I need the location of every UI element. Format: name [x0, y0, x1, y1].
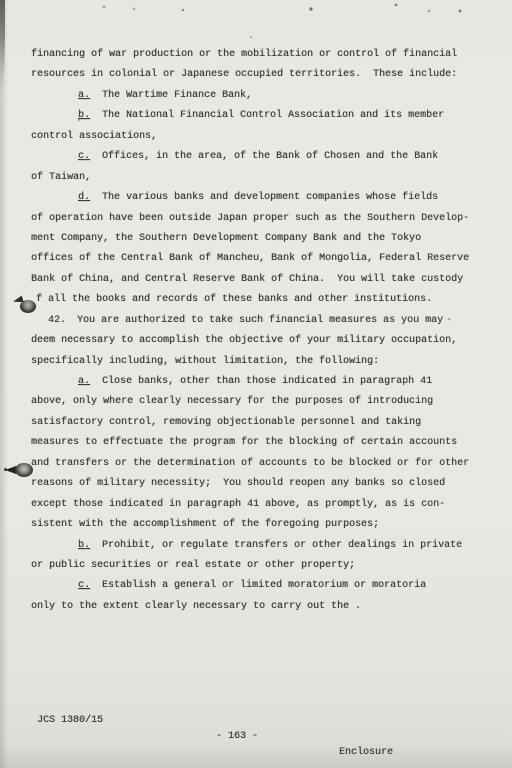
- line-text: Establish a general or limited moratoriu…: [102, 580, 426, 591]
- line-text: only to the extent clearly necessary to …: [31, 601, 361, 612]
- list-item-marker: d.: [78, 192, 90, 203]
- document-line: sistent with the accomplishment of the f…: [31, 515, 491, 535]
- line-text: sistent with the accomplishment of the f…: [31, 519, 379, 530]
- document-line: reasons of military necessity; You shoul…: [31, 474, 491, 494]
- doc-reference: JCS 1380/15: [37, 713, 103, 729]
- line-text: satisfactory control, removing objection…: [31, 417, 421, 428]
- line-text: The Wartime Finance Bank,: [102, 90, 252, 101]
- page-number: - 163 -: [216, 729, 258, 745]
- line-text: specifically including, without limitati…: [31, 356, 379, 367]
- list-item-marker: c.: [78, 151, 90, 162]
- line-text: The various banks and development compan…: [102, 192, 438, 203]
- document-line: or public securities or real estate or o…: [31, 556, 491, 576]
- scan-edge-left: [0, 0, 8, 768]
- document-line: f all the books and records of these ban…: [31, 290, 491, 310]
- document-line: a.Close banks, other than those indicate…: [31, 372, 491, 392]
- document-line: d.The various banks and development comp…: [31, 188, 491, 208]
- page-footer: JCS 1380/15 - 163 - Enclosure: [0, 697, 512, 713]
- document-page: financing of war production or the mobil…: [0, 0, 512, 768]
- line-text: except those indicated in paragraph 41 a…: [31, 499, 445, 510]
- document-line: specifically including, without limitati…: [31, 352, 491, 372]
- document-line: ment Company, the Southern Development C…: [31, 229, 491, 249]
- line-text: above, only where clearly necessary for …: [31, 396, 433, 407]
- document-line: except those indicated in paragraph 41 a…: [31, 495, 491, 515]
- document-line: and transfers or the determination of ac…: [31, 454, 491, 474]
- line-text: f all the books and records of these ban…: [36, 294, 432, 305]
- paper-specks: [0, 0, 2, 2]
- document-line: of operation have been outside Japan pro…: [31, 209, 491, 229]
- line-text: The National Financial Control Associati…: [102, 110, 444, 121]
- document-line: c.Offices, in the area, of the Bank of C…: [31, 147, 491, 167]
- document-line: of Taiwan,: [31, 168, 491, 188]
- list-item-marker: c.: [78, 580, 90, 591]
- list-item-marker: a.: [78, 376, 90, 387]
- line-text: and transfers or the determination of ac…: [31, 458, 469, 469]
- line-text: Close banks, other than those indicated …: [102, 376, 432, 387]
- scan-edge-bottom: [0, 742, 512, 768]
- document-line: resources in colonial or Japanese occupi…: [31, 65, 491, 85]
- document-line: above, only where clearly necessary for …: [31, 392, 491, 412]
- document-line: Bank of China, and Central Reserve Bank …: [31, 270, 491, 290]
- document-line: a.The Wartime Finance Bank,: [31, 86, 491, 106]
- document-line: b.The National Financial Control Associa…: [31, 106, 491, 126]
- line-text: offices of the Central Bank of Mancheu, …: [31, 253, 469, 264]
- line-text: of Taiwan,: [31, 172, 91, 183]
- line-text: reasons of military necessity; You shoul…: [31, 478, 445, 489]
- text-block: financing of war production or the mobil…: [31, 45, 491, 617]
- list-item-marker: b.: [78, 540, 90, 551]
- line-text: control associations,: [31, 131, 157, 142]
- document-line: control associations,: [31, 127, 491, 147]
- document-line: c.Establish a general or limited morator…: [31, 576, 491, 596]
- ink-blot-icon: [4, 461, 33, 478]
- document-line: 42.You are authorized to take such finan…: [31, 311, 491, 331]
- list-item-marker: a.: [78, 90, 90, 101]
- line-text: Bank of China, and Central Reserve Bank …: [31, 274, 463, 285]
- paragraph-number: 42.: [48, 315, 66, 326]
- enclosure-label: Enclosure: [339, 745, 393, 761]
- list-item-marker: b.: [78, 110, 90, 121]
- document-line: b.Prohibit, or regulate transfers or oth…: [31, 536, 491, 556]
- line-text: deem necessary to accomplish the objecti…: [31, 335, 457, 346]
- document-line: satisfactory control, removing objection…: [31, 413, 491, 433]
- document-line: financing of war production or the mobil…: [31, 45, 491, 65]
- line-text: Offices, in the area, of the Bank of Cho…: [102, 151, 438, 162]
- line-text: or public securities or real estate or o…: [31, 560, 355, 571]
- line-text: ment Company, the Southern Development C…: [31, 233, 421, 244]
- line-text: financing of war production or the mobil…: [31, 49, 457, 60]
- document-line: deem necessary to accomplish the objecti…: [31, 331, 491, 351]
- line-text: of operation have been outside Japan pro…: [31, 213, 469, 224]
- line-text: You are authorized to take such financia…: [77, 315, 443, 326]
- line-text: Prohibit, or regulate transfers or other…: [102, 540, 462, 551]
- document-line: offices of the Central Bank of Mancheu, …: [31, 249, 491, 269]
- line-text: measures to effectuate the program for t…: [31, 437, 457, 448]
- line-text: resources in colonial or Japanese occupi…: [31, 69, 457, 80]
- document-line: measures to effectuate the program for t…: [31, 433, 491, 453]
- document-line: only to the extent clearly necessary to …: [31, 597, 491, 617]
